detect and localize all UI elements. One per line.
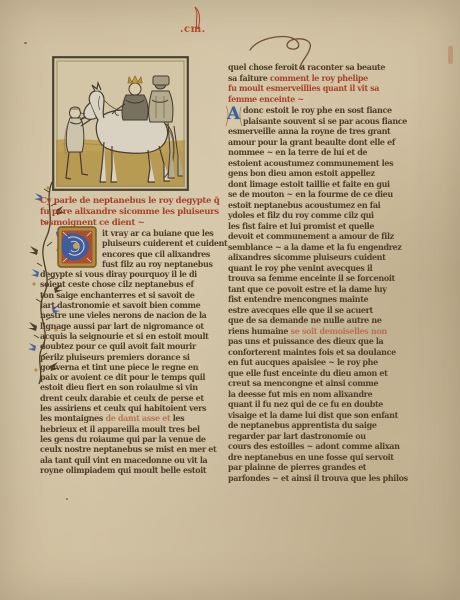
text-segment: les assiriens et ceulx qui habitoient ve… — [40, 403, 206, 413]
text-line: cours des estoilles ~ adont comme alixan — [228, 441, 404, 452]
text-line: lart dastronomie et savoit bien comme — [40, 300, 210, 310]
text-line: fist entendre mencongnes mainte — [228, 294, 404, 305]
text-segment: degypte si vous diray pourquoy il le di — [40, 269, 197, 279]
text-segment: royne olimpiadem qui moult belle estoit — [40, 465, 206, 475]
text-segment: soient ceste chose cilz neptanebus ef — [40, 279, 194, 289]
text-segment: lignage aussi par lart de nigromance ot — [40, 321, 204, 331]
text-line: riens humaine se soit demoiselles non — [228, 326, 404, 337]
text-line: ceulx nostre neptanebus se mist en mer e… — [40, 444, 210, 454]
text-segment: ala tant quil vint en macedonne ou vit l… — [40, 455, 207, 465]
text-segment: Cy parle de neptanebus le roy degypte q̄ — [40, 196, 219, 206]
text-segment: tant que ce povoit estre et la dame luy — [228, 284, 387, 294]
text-line: parfondes ~ et ainsi il trouva que les p… — [228, 473, 404, 484]
text-line: fu pere alixandre sicomme les pluiseurs — [40, 207, 210, 218]
text-segment: visaige et la dame lui dist que son enfa… — [228, 410, 398, 420]
text-line: les montaignes de damt asse et les — [40, 413, 210, 423]
text-segment: dont limage estoit taillie et faite en g… — [228, 179, 390, 189]
text-line: royne olimpiadem qui moult belle estoit — [40, 465, 210, 475]
text-segment: paix or avoient ce dit pour le temps qui… — [40, 372, 205, 382]
text-segment: amour pour la grant beaulte dont elle ef — [228, 137, 395, 147]
page-edge-mark — [448, 46, 453, 64]
manuscript-page: .cm. — [0, 0, 460, 600]
text-segment: en fut aucques apaisiee ~ le roy phe — [228, 357, 378, 367]
text-segment: estoit neptanebus acoustumez en fai — [228, 200, 380, 210]
text-line: encores que cil alixandres — [40, 249, 210, 259]
text-segment: la deesse fut mis en nom alixandre — [228, 389, 372, 399]
text-line: en fut aucques apaisiee ~ le roy phe — [228, 357, 404, 368]
text-segment: quant il fu nez qui de ce fu en doubte — [228, 399, 383, 409]
text-segment: parfondes ~ et ainsi il trouva que les p… — [228, 473, 408, 483]
text-segment: conforterent maintes fois et sa doulance — [228, 347, 396, 357]
text-segment: quant le roy phe venint avecques il — [228, 263, 372, 273]
text-segment: donc estoit le roy phe en sost fiance — [243, 105, 392, 115]
text-segment: regarder par lart dastronomie ou — [228, 431, 366, 441]
text-line: fust filz au roy neptanebus — [40, 259, 210, 269]
text-segment: cours des estoilles ~ adont comme alixan — [228, 441, 400, 451]
text-line: amour pour la grant beaulte dont elle ef — [228, 137, 404, 148]
text-segment: fu pere alixandre sicomme les pluiseurs — [40, 207, 219, 217]
text-line: perilz pluiseurs premiers dorance si — [40, 352, 210, 362]
text-segment: sa faiture — [228, 73, 270, 83]
text-segment: hebrieux et il appareilla moult tres bel — [40, 424, 200, 434]
text-segment: se de mouton ~ en la fourme de ce dieu — [228, 189, 393, 199]
text-line: estoient acoustumez communement les — [228, 158, 404, 169]
text-segment: nestre une vieles nerons de nacion de la — [40, 310, 206, 320]
text-line: estoit neptanebus acoustumez en fai — [228, 200, 404, 211]
text-line: doubtez pour ce quil avoit fait mourir — [40, 341, 210, 351]
text-segment: alixandres sicomme pluiseurs cuident — [228, 252, 386, 262]
text-segment: fust filz au roy neptanebus — [102, 259, 213, 269]
text-line: estoit dieu fiert en son roiaulme si vin — [40, 382, 210, 392]
text-segment: pluiseurs cuiderent et cuident — [102, 238, 227, 248]
text-segment: gouverna et tint une piece le regne en — [40, 362, 198, 372]
miniature-illustration — [52, 56, 189, 191]
text-line: que elle fust enceinte du dieu amon et — [228, 368, 404, 379]
text-line: hebrieux et il appareilla moult tres bel — [40, 424, 210, 434]
text-segment: fu moult esmerveillies quant il vit sa — [228, 83, 379, 93]
text-line: les assiriens et ceulx qui habitoient ve… — [40, 403, 210, 413]
text-segment: devoit et communement a amour de filz — [228, 231, 394, 241]
text-line: se de mouton ~ en la fourme de ce dieu — [228, 189, 404, 200]
text-segment: creut sa mencongne et ainsi comme — [228, 378, 378, 388]
text-line: semblance ~ a la dame et la fu engendrez — [228, 242, 404, 253]
text-segment: pas uns et puissance des dieux que la — [228, 336, 383, 346]
text-line: quant le roy phe venint avecques il — [228, 263, 404, 274]
text-line: visaige et la dame lui dist que son enfa… — [228, 410, 404, 421]
text-line: alixandres sicomme pluiseurs cuident — [228, 252, 404, 263]
text-line: sa faiture comment le roy phelipe — [228, 73, 404, 84]
text-segment: ton saige enchanterres et si savoit de — [40, 290, 195, 300]
text-line: ton saige enchanterres et si savoit de — [40, 290, 210, 300]
text-line: plaisante souvent si se par acous fiance — [228, 116, 404, 127]
text-segment: encores que cil alixandres — [102, 249, 210, 259]
text-line: creut sa mencongne et ainsi comme — [228, 378, 404, 389]
text-line: pluiseurs cuiderent et cuident — [40, 238, 210, 248]
text-segment: quel chose feroit a raconter sa beaute — [228, 62, 385, 72]
text-segment: trouva sa femme enceinte il se forcenoit — [228, 273, 395, 283]
text-line: conforterent maintes fois et sa doulance — [228, 347, 404, 358]
text-segment: fist entendre mencongnes mainte — [228, 294, 368, 304]
text-line: dre neptanebus en une fosse qui servoit — [228, 452, 404, 463]
text-segment: acquis la seignourie et si en estoit mou… — [40, 331, 209, 341]
text-line: trouva sa femme enceinte il se forcenoit — [228, 273, 404, 284]
text-line: femme enceinte ~ — [228, 94, 404, 105]
text-segment: les fist faire et lui promist et quelle — [228, 221, 374, 231]
text-line: acquis la seignourie et si en estoit mou… — [40, 331, 210, 341]
text-segment: dre neptanebus en une fosse qui servoit — [228, 452, 394, 462]
right-column-text: donc estoit le roy phe en sost fiancepla… — [228, 105, 404, 483]
text-segment: ceulx nostre neptanebus se mist en mer e… — [40, 444, 216, 454]
text-line: fu moult esmerveillies quant il vit sa — [228, 83, 404, 94]
text-line: par plainne de pierres grandes et — [228, 462, 404, 473]
text-segment: les gens du roiaume qui par la venue de — [40, 434, 206, 444]
text-line: tant que ce povoit estre et la dame luy — [228, 284, 404, 295]
text-line: lignage aussi par lart de nigromance ot — [40, 321, 210, 331]
text-segment: les montaignes — [40, 413, 106, 423]
text-segment: nommee ~ en la terre de lui et de — [228, 147, 367, 157]
text-segment: que elle fust enceinte du dieu amon et — [228, 368, 387, 378]
text-line: degypte si vous diray pourquoy il le di — [40, 269, 210, 279]
text-segment: semblance ~ a la dame et la fu engendrez — [228, 242, 402, 252]
text-line: estre avecques elle que il se acuert — [228, 305, 404, 316]
text-line: regarder par lart dastronomie ou — [228, 431, 404, 442]
text-line: Cy parle de neptanebus le roy degypte q̄ — [40, 196, 210, 207]
text-line: de neptanebus apprentista du saige — [228, 420, 404, 431]
text-line: gouverna et tint une piece le regne en — [40, 362, 210, 372]
text-line: quant il fu nez qui de ce fu en doubte — [228, 399, 404, 410]
text-segment: ydoles et filz du roy comme cilz qui — [228, 210, 374, 220]
text-line: drent ceulx darabie et ceulx de perse et — [40, 393, 210, 403]
ink-speck — [66, 498, 68, 500]
text-segment: estoit dieu fiert en son roiaulme si vin — [40, 382, 198, 392]
text-segment: it vray ar ca buiane que les — [102, 228, 213, 238]
text-segment: perilz pluiseurs premiers dorance si — [40, 352, 190, 362]
text-segment: doubtez pour ce quil avoit fait mourir — [40, 341, 196, 351]
text-line: gens bon dieu amon estoit appellez — [228, 168, 404, 179]
text-line: les fist faire et lui promist et quelle — [228, 221, 404, 232]
left-rubric: Cy parle de neptanebus le roy degypte q̄… — [40, 196, 210, 230]
text-segment: esmerveille anna la royne de tres grant — [228, 126, 390, 136]
text-segment: se soit demoiselles non — [291, 326, 387, 336]
text-segment: estoient acoustumez communement les — [228, 158, 393, 168]
text-segment: que de sa demande ne nulle autre ne — [228, 315, 382, 325]
text-line: nestre une vieles nerons de nacion de la — [40, 310, 210, 320]
text-line: soient ceste chose cilz neptanebus ef — [40, 279, 210, 289]
text-segment: riens humaine — [228, 326, 291, 336]
text-line: quel chose feroit a raconter sa beaute — [228, 62, 404, 73]
text-line: esmerveille anna la royne de tres grant — [228, 126, 404, 137]
text-segment: lart dastronomie et savoit bien comme — [40, 300, 200, 310]
text-line: ala tant quil vint en macedonne ou vit l… — [40, 455, 210, 465]
text-segment: comment le roy phelipe — [270, 73, 368, 83]
text-line: la deesse fut mis en nom alixandre — [228, 389, 404, 400]
text-segment: de neptanebus apprentista du saige — [228, 420, 377, 430]
text-line: paix or avoient ce dit pour le temps qui… — [40, 372, 210, 382]
text-segment: gens bon dieu amon estoit appellez — [228, 168, 375, 178]
text-segment: drent ceulx darabie et ceulx de perse et — [40, 393, 204, 403]
text-line: ydoles et filz du roy comme cilz qui — [228, 210, 404, 221]
ink-speck — [24, 42, 27, 44]
text-line: que de sa demande ne nulle autre ne — [228, 315, 404, 326]
text-line: les gens du roiaume qui par la venue de — [40, 434, 210, 444]
text-segment: les — [170, 413, 184, 423]
text-segment: femme enceinte ~ — [228, 94, 304, 104]
text-line: nommee ~ en la terre de lui et de — [228, 147, 404, 158]
right-column-intro: quel chose feroit a raconter sa beautesa… — [228, 62, 404, 104]
text-segment: estre avecques elle que il se acuert — [228, 305, 373, 315]
text-line: pas uns et puissance des dieux que la — [228, 336, 404, 347]
text-segment: plaisante souvent si se par acous fiance — [243, 116, 407, 126]
text-line: dont limage estoit taillie et faite en g… — [228, 179, 404, 190]
text-line: donc estoit le roy phe en sost fiance — [228, 105, 404, 116]
folio-mark: .cm. — [180, 24, 206, 35]
text-line: devoit et communement a amour de filz — [228, 231, 404, 242]
text-segment: de damt asse et — [106, 413, 171, 423]
left-column-text: it vray ar ca buiane que lespluiseurs cu… — [40, 228, 210, 475]
text-line: it vray ar ca buiane que les — [40, 228, 210, 238]
text-segment: par plainne de pierres grandes et — [228, 462, 366, 472]
